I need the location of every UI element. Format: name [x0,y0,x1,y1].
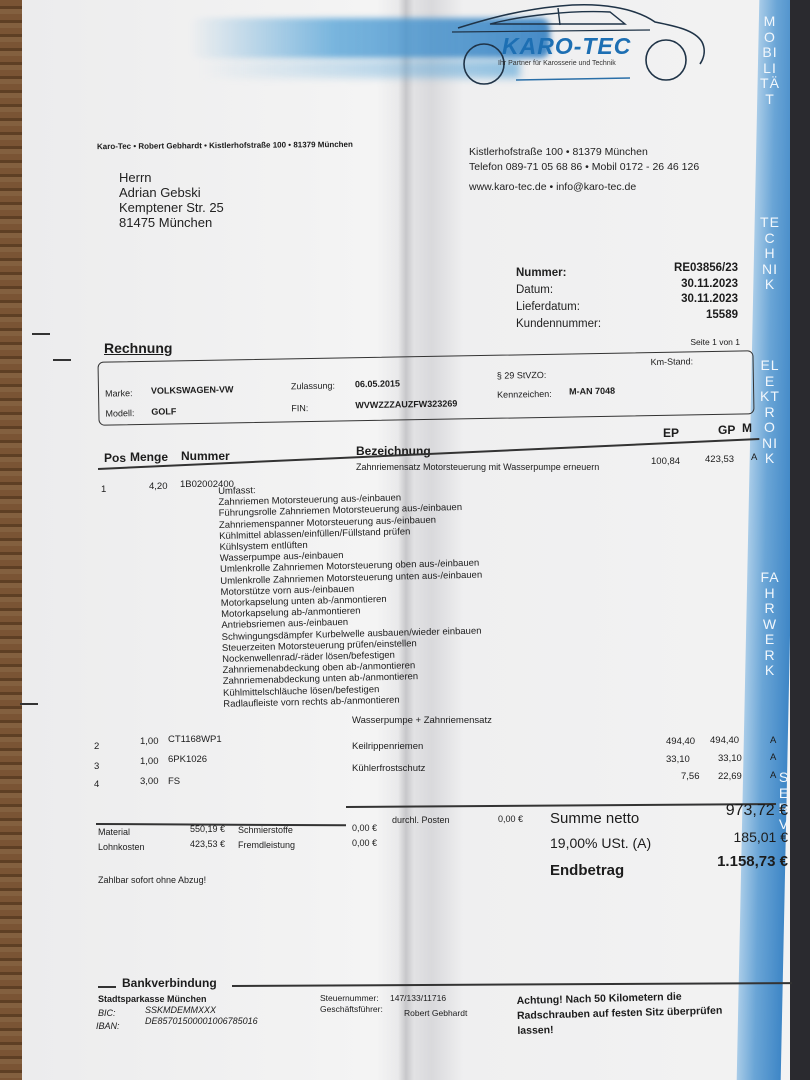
invoice-number-label: Nummer: [516,267,566,279]
row-4-pos: 4 [94,779,99,790]
row-3-ep: 7,56 [681,771,700,782]
endbetrag-value: 1.158,73 € [717,853,788,870]
schmier-value: 0,00 € [352,823,377,833]
row-2-m: A [770,752,776,763]
row-3-m: A [770,770,776,781]
company-address: Kistlerhofstraße 100 • 81379 München [469,146,648,158]
fremd-value: 0,00 € [352,838,377,848]
steuer-label: Steuernummer: [320,993,379,1003]
row-3-gp: 22,69 [718,771,742,782]
side-band-mobilitaet: MOBILITÄT [760,14,780,107]
lohn-label: Lohnkosten [98,842,145,852]
zulassung-value: 06.05.2015 [355,378,400,389]
company-name: KARO-TEC [502,33,631,60]
punch-mark [53,359,71,361]
row-1-includes: Umfasst: Zahnriemen Motorsteuerung aus-/… [218,480,485,710]
invoice-number: RE03856/23 [674,262,738,274]
iban-label: IBAN: [96,1021,120,1031]
ust-label: 19,00% USt. (A) [550,835,651,851]
fin-value: WVWZZZAUZFW323269 [355,398,457,410]
gf-value: Robert Gebhardt [404,1008,467,1018]
bic-value: SSKMDEMMXXX [145,1005,216,1015]
delivery-date: 30.11.2023 [681,293,738,305]
header-m: M [742,421,752,435]
recipient-name: Adrian Gebski [119,185,201,200]
invoice-date-label: Datum: [516,284,553,296]
company-phone: Telefon 089-71 05 68 86 • Mobil 0172 - 2… [469,161,699,173]
bic-label: BIC: [98,1008,116,1018]
header-pos: Pos [104,451,126,465]
fremd-label: Fremdleistung [238,840,295,850]
netto-value: 973,72 € [726,802,788,820]
row-4-menge: 3,00 [140,776,159,787]
row-2-nummer: CT1168WP1 [168,734,222,745]
page-indicator: Seite 1 von 1 [690,337,740,347]
row-1-pos: 1 [101,484,106,495]
payment-note: Zahlbar sofort ohne Abzug! [98,875,206,885]
header-nummer: Nummer [181,449,230,463]
row-3-menge: 1,00 [140,756,159,767]
side-band-elektronik: ELEKTRONIK [760,358,780,467]
bank-name: Stadtsparkasse München [98,994,207,1004]
row-2-pos: 2 [94,741,99,752]
company-tagline: Ihr Partner für Karosserie und Technik [498,60,616,67]
row-1b-ep: 494,40 [666,736,695,747]
fold-mark [32,333,50,335]
row-2-menge: 1,00 [140,736,159,747]
km-stand-label: Km-Stand: [650,356,693,367]
vehicle-info-box: Marke: VOLKSWAGEN-VW Modell: GOLF Zulass… [97,350,754,425]
customer-number-label: Kundennummer: [516,318,601,330]
side-band-service: SERV [774,770,794,832]
row-2-gp: 33,10 [718,753,742,764]
invoice-date: 30.11.2023 [681,278,738,290]
header-gp: GP [718,423,735,437]
gf-label: Geschäftsführer: [320,1004,383,1014]
document-title: Rechnung [104,340,172,356]
kennzeichen-label: Kennzeichen: [497,389,552,400]
material-label: Material [98,827,130,837]
side-band-technik: TECHNIK [760,215,780,293]
header-ep: EP [663,426,679,440]
endbetrag-label: Endbetrag [550,862,624,879]
row-1b-gp: 494,40 [710,735,739,746]
row-1-gp: 423,53 [705,454,734,465]
customer-number: 15589 [706,309,738,321]
row-1-bezeichnung: Zahnriemensatz Motorsteuerung mit Wasser… [356,462,599,472]
iban-value: DE85701500001006785016 [145,1016,258,1026]
row-3-pos: 3 [94,761,99,772]
row-3-nummer: 6PK1026 [168,754,207,765]
recipient-street: Kemptener Str. 25 [119,200,224,215]
modell-label: Modell: [105,408,134,419]
row-1b-bezeichnung: Wasserpumpe + Zahnriemensatz [352,715,492,726]
header-menge: Menge [130,450,168,464]
row-2-bezeichnung: Keilrippenriemen [352,741,423,752]
recipient-salutation: Herrn [119,170,152,185]
row-4-nummer: FS [168,776,180,787]
wheel-bolt-notice: Achtung! Nach 50 Kilometern die Radschra… [516,988,747,1039]
row-1-m: A [751,452,757,463]
side-band-fahrwerk: FAHRWERK [760,570,780,679]
company-web: www.karo-tec.de • info@karo-tec.de [469,181,636,193]
ust-value: 185,01 € [734,829,789,845]
row-1-ep: 100,84 [651,456,680,467]
side-band-shadow [790,0,810,1080]
kennzeichen-value: M-AN 7048 [569,386,615,397]
schmier-label: Schmierstoffe [238,825,293,835]
fold-mark-lower [20,703,38,705]
modell-value: GOLF [151,406,176,416]
zulassung-label: Zulassung: [291,381,335,392]
stvzo-label: § 29 StVZO: [497,370,547,381]
marke-value: VOLKSWAGEN-VW [151,384,234,395]
recipient-city: 81475 München [119,215,212,230]
durchl-value: 0,00 € [498,814,523,824]
company-logo: KARO-TEC Ihr Partner für Karosserie und … [450,0,710,95]
material-value: 550,19 € [190,824,225,834]
fin-label: FIN: [291,403,308,413]
steuer-value: 147/133/11716 [390,993,446,1003]
netto-label: Summe netto [550,810,639,827]
lohn-value: 423,53 € [190,839,225,849]
row-1-menge: 4,20 [149,481,168,492]
delivery-date-label: Lieferdatum: [516,301,580,313]
durchl-label: durchl. Posten [392,815,450,825]
footer-dash [98,986,116,988]
row-3-bezeichnung: Kühlerfrostschutz [352,763,425,774]
row-2-ep: 33,10 [666,754,690,765]
row-1b-m: A [770,735,776,746]
marke-label: Marke: [105,388,133,398]
bank-heading: Bankverbindung [122,976,217,990]
